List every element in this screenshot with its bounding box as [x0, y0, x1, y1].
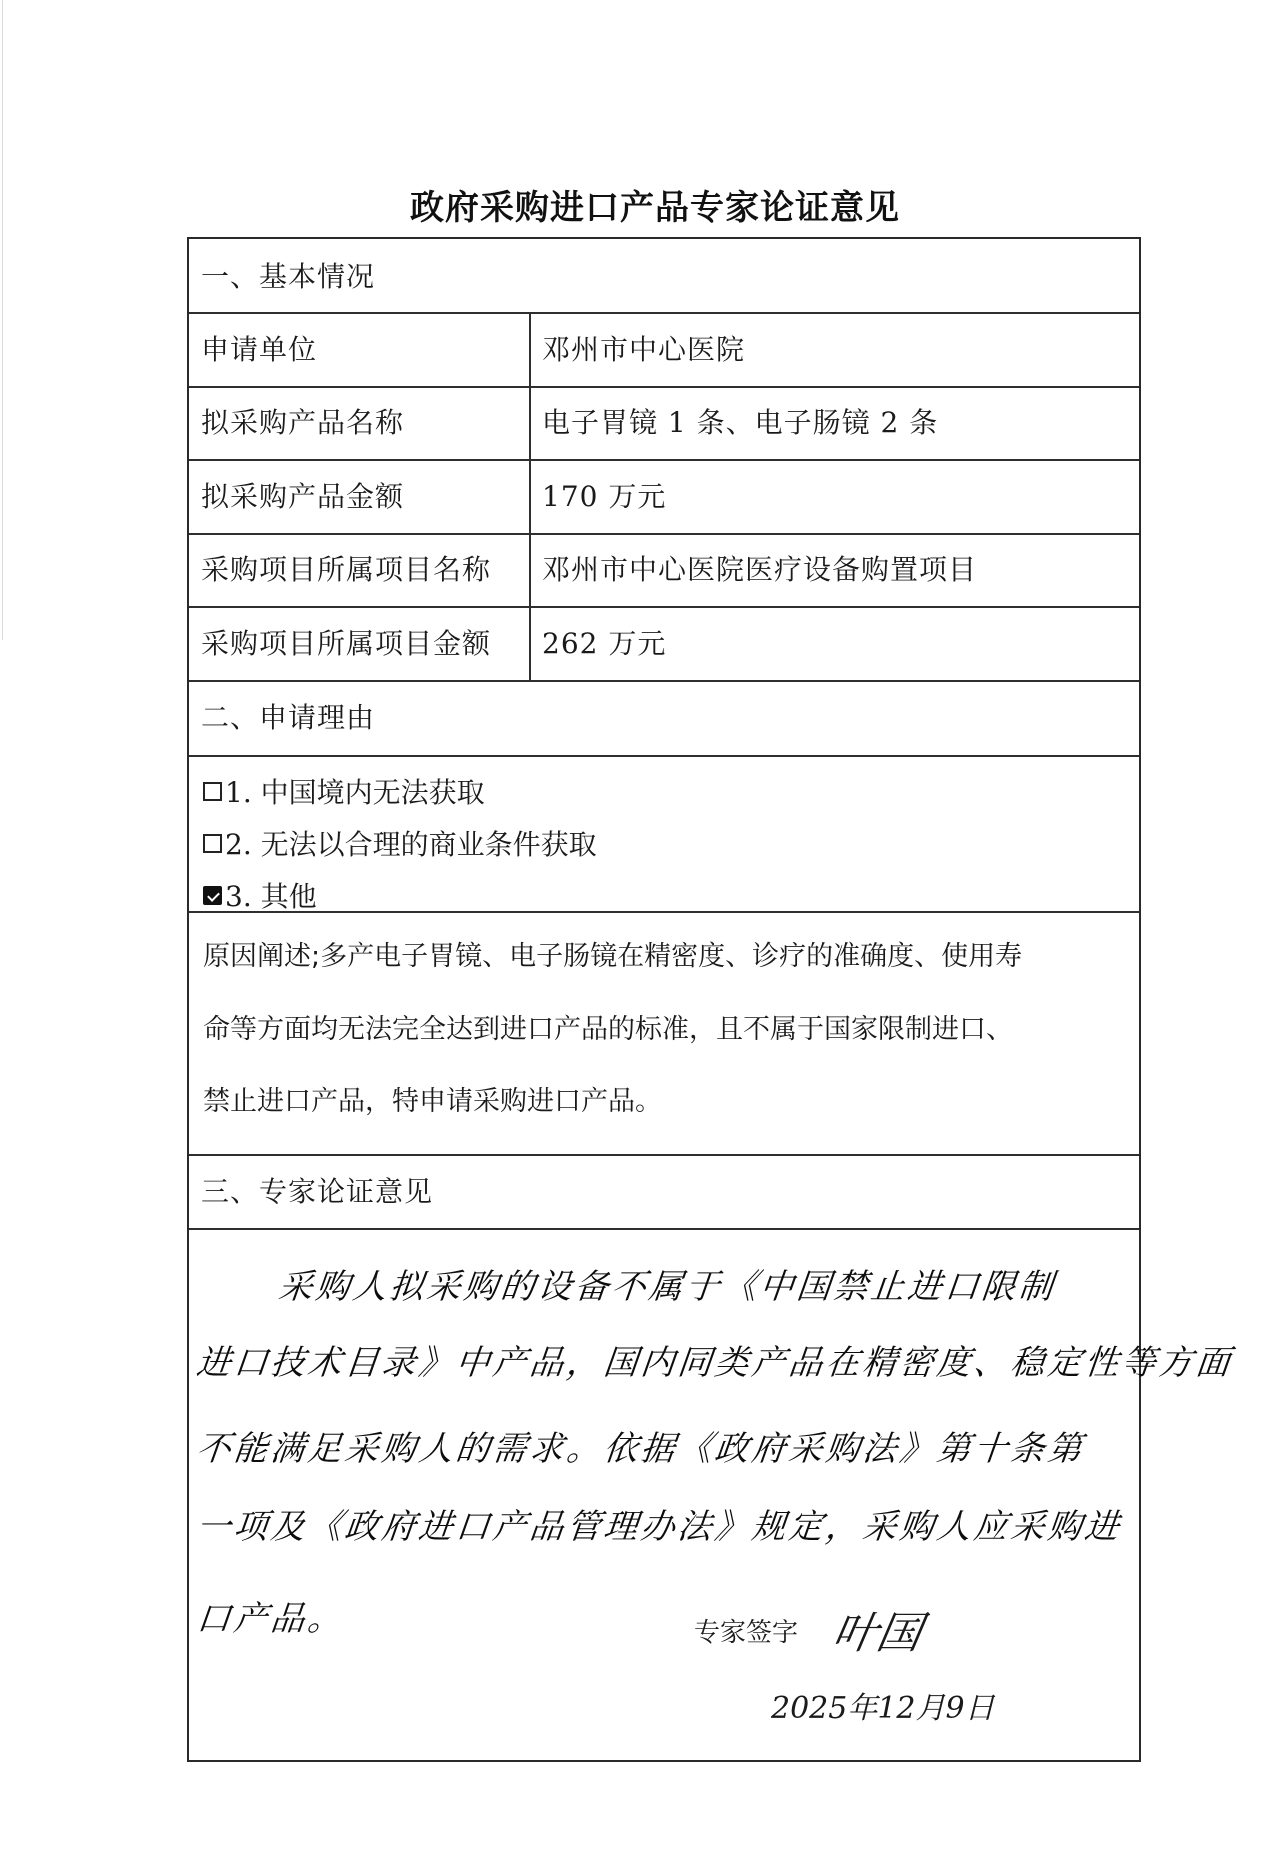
page-title: 政府采购进口产品专家论证意见	[0, 180, 1280, 229]
section-1-heading: 一、基本情况	[201, 263, 375, 291]
divider	[189, 911, 1139, 913]
row-label: 采购项目所属项目金额	[201, 630, 491, 658]
row-label: 采购项目所属项目名称	[201, 556, 491, 584]
divider	[189, 680, 1139, 682]
row-value: 170 万元	[542, 483, 666, 511]
divider	[189, 533, 1139, 535]
column-divider	[529, 313, 531, 682]
checkbox-checked-icon[interactable]	[203, 886, 222, 905]
option-2[interactable]: 2. 无法以合理的商业条件获取	[203, 823, 597, 863]
row-value: 邓州市中心医院医疗设备购置项目	[542, 556, 977, 584]
row-label: 拟采购产品名称	[201, 409, 404, 437]
handwritten-opinion-line: 进口技术目录》中产品，国内同类产品在精密度、稳定性等方面	[194, 1335, 1235, 1384]
expert-signature: 叶国	[828, 1597, 927, 1661]
row-value: 262 万元	[542, 630, 666, 658]
checkbox-unchecked[interactable]	[203, 834, 222, 853]
divider	[189, 386, 1139, 388]
option-label: 1. 中国境内无法获取	[225, 771, 485, 811]
scan-edge	[2, 0, 3, 640]
divider	[189, 606, 1139, 608]
signature-date: 2025年12月9日	[771, 1683, 995, 1727]
divider	[189, 312, 1139, 314]
handwritten-opinion-line: 采购人拟采购的设备不属于《中国禁止进口限制	[276, 1259, 1058, 1308]
option-3[interactable]: 3. 其他	[203, 875, 317, 915]
reason-line: 原因阐述;多产电子胃镜、电子肠镜在精密度、诊疗的准确度、使用寿	[203, 934, 1133, 973]
row-label: 拟采购产品金额	[201, 483, 404, 511]
section-3-heading: 三、专家论证意见	[201, 1178, 433, 1206]
row-value: 邓州市中心医院	[542, 336, 745, 364]
divider	[189, 755, 1139, 757]
option-label: 2. 无法以合理的商业条件获取	[225, 823, 597, 863]
handwritten-opinion-line: 一项及《政府进口产品管理办法》规定，采购人应采购进	[194, 1499, 1124, 1548]
reason-line: 禁止进口产品，特申请采购进口产品。	[203, 1079, 1133, 1118]
checkbox-unchecked[interactable]	[203, 782, 222, 801]
row-label: 申请单位	[201, 336, 317, 364]
handwritten-opinion-line: 不能满足采购人的需求。依据《政府采购法》第十条第	[194, 1421, 1087, 1470]
divider	[189, 459, 1139, 461]
handwritten-opinion-line: 口产品。	[194, 1591, 347, 1640]
divider	[189, 1154, 1139, 1156]
divider	[189, 1228, 1139, 1230]
signature-label: 专家签字	[694, 1612, 798, 1649]
option-label: 3. 其他	[225, 875, 317, 915]
form-table: 一、基本情况 申请单位 邓州市中心医院 拟采购产品名称 电子胃镜 1 条、电子肠…	[187, 237, 1141, 1762]
option-1[interactable]: 1. 中国境内无法获取	[203, 771, 485, 811]
row-value: 电子胃镜 1 条、电子肠镜 2 条	[542, 409, 938, 437]
section-2-heading: 二、申请理由	[201, 704, 375, 732]
reason-line: 命等方面均无法完全达到进口产品的标准，且不属于国家限制进口、	[203, 1007, 1133, 1046]
